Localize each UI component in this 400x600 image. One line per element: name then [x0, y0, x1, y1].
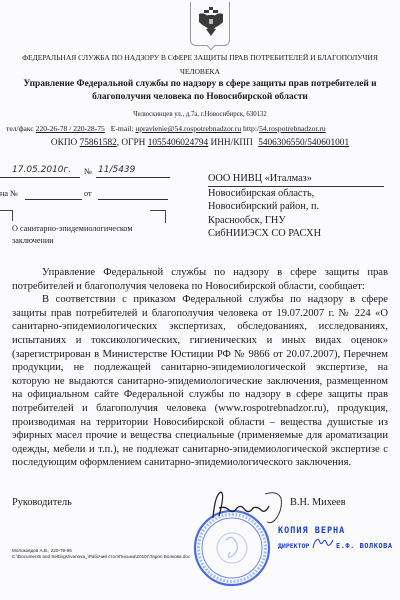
subject: О санитарно-эпидемиологическом заключени… — [12, 223, 133, 247]
number-line — [96, 177, 170, 178]
body-paragraph-2: В соответствии с приказом Федеральной сл… — [12, 293, 388, 470]
contacts-line: тел/факс 220-26-78 / 220-28-75 E-mail: u… — [6, 124, 398, 133]
copy-signature-icon — [311, 536, 335, 550]
number-label: № — [84, 167, 92, 176]
signer-name: В.Н. Михеев — [290, 497, 346, 508]
coat-of-arms-emblem — [190, 2, 230, 46]
address: Челюскинцев ул., д.7а, г.Новосибирск, 63… — [0, 111, 400, 118]
bracket-left — [0, 210, 13, 221]
executor-info: Молоковдов А.В., 220-79-96 — [12, 548, 72, 553]
inn-value: 5406306550/540601001 — [258, 138, 349, 148]
okpo-value: 75861582 — [80, 138, 117, 148]
agency-title: ФЕДЕРАЛЬНАЯ СЛУЖБА ПО НАДЗОРУ В СФЕРЕ ЗА… — [0, 53, 400, 62]
signer-title: Руководитель — [12, 497, 72, 508]
reply-to-label: на № — [0, 189, 18, 198]
eagle-icon — [197, 6, 225, 38]
ogrn-value: 1055406024794 — [148, 138, 208, 148]
recipient-block: ООО НИВЦ «Италмаз» Новосибирская область… — [208, 172, 384, 241]
reply-number-line — [25, 199, 82, 200]
copy-stamp-director: ДИРЕКТОР — [278, 542, 309, 550]
department-title: Управление Федеральной службы по надзору… — [0, 78, 400, 104]
website-link[interactable]: 54.rospotrebnadzor.ru — [259, 124, 326, 133]
signature-icon — [205, 488, 285, 528]
copy-verified-stamp: КОПИЯ ВЕРНА — [278, 526, 345, 536]
agency-title-line2: ЧЕЛОВЕКА — [0, 67, 400, 76]
copy-stamp-name: Е.Ф. ВОЛКОВА — [336, 542, 393, 550]
body-paragraph-1: Управление Федеральной службы по надзору… — [12, 266, 388, 293]
file-path: C:\Documents and Settings\ivanova_\Рабоч… — [12, 554, 190, 559]
letter-date: 17.05.2010г. — [12, 165, 71, 175]
date-line — [0, 177, 80, 178]
phone-number: 220-26-78 / 220-28-75 — [36, 124, 105, 133]
registration-codes: ОКПО 75861582, ОГРН 1055406024794 ИНН/КП… — [0, 138, 400, 148]
reply-from-label: от — [84, 189, 92, 198]
letter-body: Управление Федеральной службы по надзору… — [12, 266, 388, 470]
bracket-right — [150, 210, 166, 223]
reply-date-line — [98, 199, 168, 200]
recipient-name: ООО НИВЦ «Италмаз» — [208, 172, 384, 187]
email-link[interactable]: upravlenie@54.rospotrebnadzor.ru — [135, 124, 241, 133]
letter-number: 11/5439 — [98, 165, 135, 175]
